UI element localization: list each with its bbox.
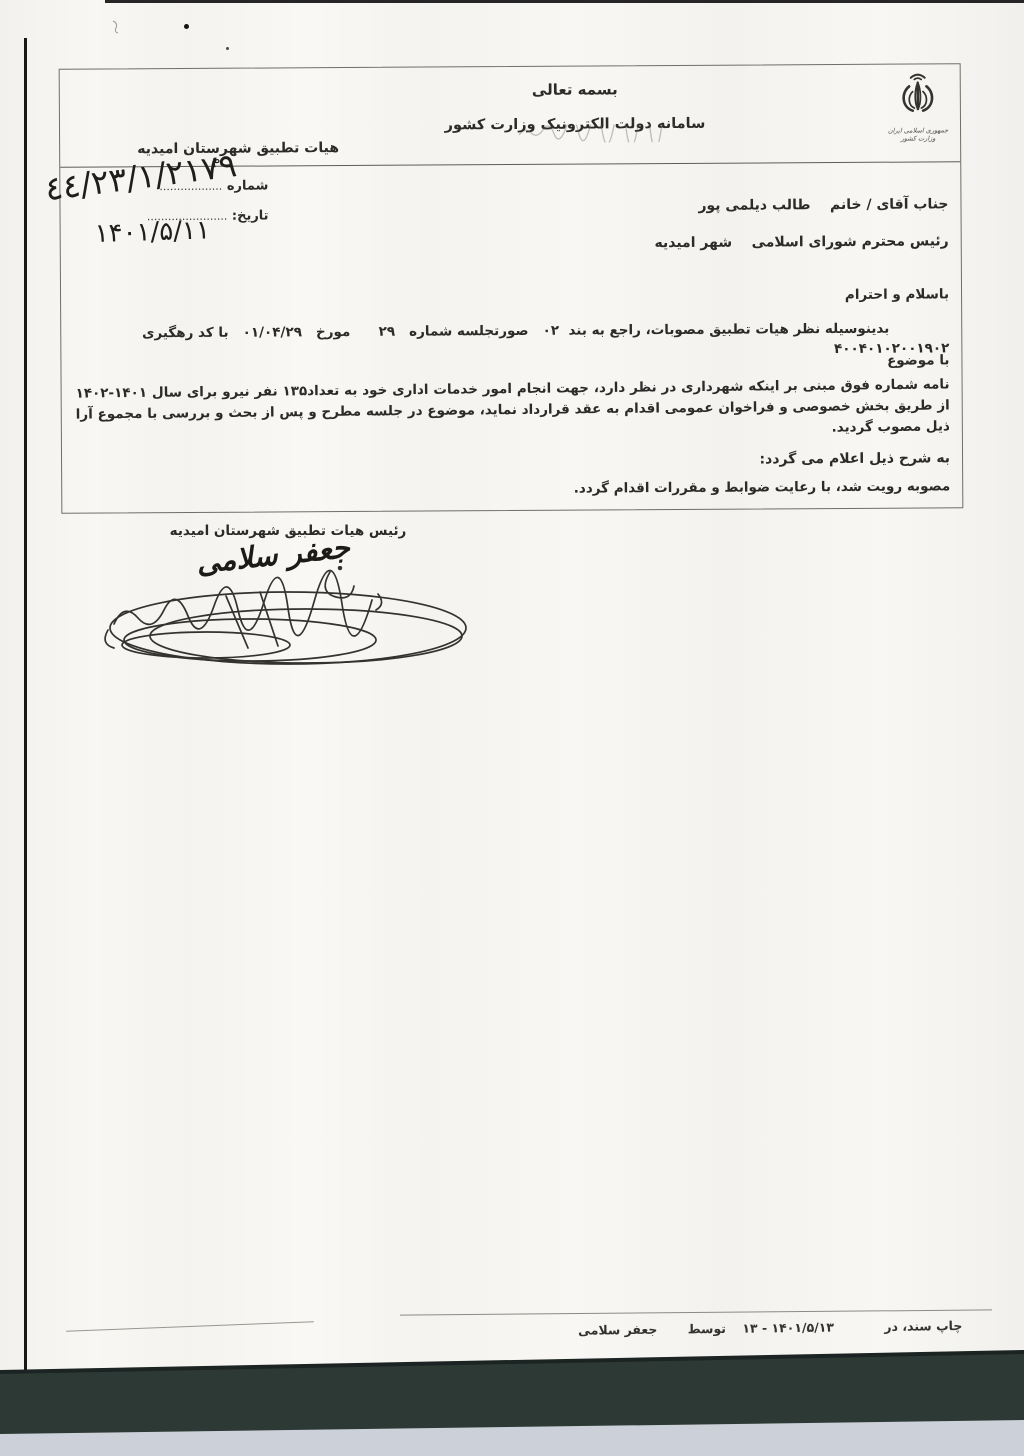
letter-frame: بسمه تعالی سامانه دولت الکترونیک وزارت ک… bbox=[59, 63, 964, 514]
announce-line: به شرح ذیل اعلام می گردد: bbox=[759, 450, 950, 467]
ref-date-label: تاریخ: bbox=[232, 208, 269, 223]
print-label: چاپ سند، در bbox=[884, 1318, 962, 1334]
handwritten-date: ۱۴۰۱/۵/۱۱ bbox=[94, 215, 210, 249]
recipient-name-line: جناب آقای / خانم طالب دیلمی پور bbox=[698, 196, 948, 214]
recipient-title-line: رئیس محترم شورای اسلامی شهر امیدیه bbox=[654, 233, 948, 251]
signature-flourish bbox=[78, 566, 490, 686]
bismillah-text: بسمه تعالی bbox=[490, 80, 660, 99]
print-by-name: جعفر سلامی bbox=[578, 1322, 658, 1338]
salutation-line: باسلام و احترام bbox=[845, 286, 949, 303]
scan-edge-line-left bbox=[24, 38, 27, 1390]
print-info-row: چاپ سند، در ۱۳ - ۱۴۰۱/۵/۱۳ توسط جعفر سلا… bbox=[578, 1318, 962, 1338]
scan-speck bbox=[184, 24, 189, 29]
faint-handwriting bbox=[515, 124, 685, 143]
print-via-label: توسط bbox=[687, 1321, 725, 1336]
iran-emblem-icon bbox=[892, 70, 944, 126]
body-intro-line: بدینوسیله نظر هیات تطبیق مصوبات، راجع به… bbox=[77, 318, 949, 363]
scanner-edge-bar bbox=[0, 1340, 1024, 1456]
emblem-caption-ministry: وزارت کشور bbox=[872, 134, 964, 143]
iran-emblem-block: جمهوری اسلامی ایران وزارت کشور bbox=[872, 66, 965, 161]
scan-smudge bbox=[110, 18, 124, 34]
footer-rule-right bbox=[400, 1309, 992, 1315]
print-datetime: ۱۳ - ۱۴۰۱/۵/۱۳ bbox=[742, 1320, 834, 1336]
scan-speck bbox=[226, 47, 229, 50]
scanned-letter-page: بسمه تعالی سامانه دولت الکترونیک وزارت ک… bbox=[0, 0, 1024, 1456]
signature-block: جعفر سلامی bbox=[78, 538, 490, 688]
subject-paragraph: نامه شماره فوق مبنی بر اینکه شهرداری در … bbox=[75, 374, 950, 446]
footer-rule-left bbox=[66, 1321, 314, 1332]
scan-edge-line-top bbox=[105, 0, 1024, 3]
resolution-line: مصوبه رویت شد، با رعایت ضوابط و مقررات ا… bbox=[574, 478, 951, 496]
subject-lead: با موضوع bbox=[887, 352, 950, 368]
